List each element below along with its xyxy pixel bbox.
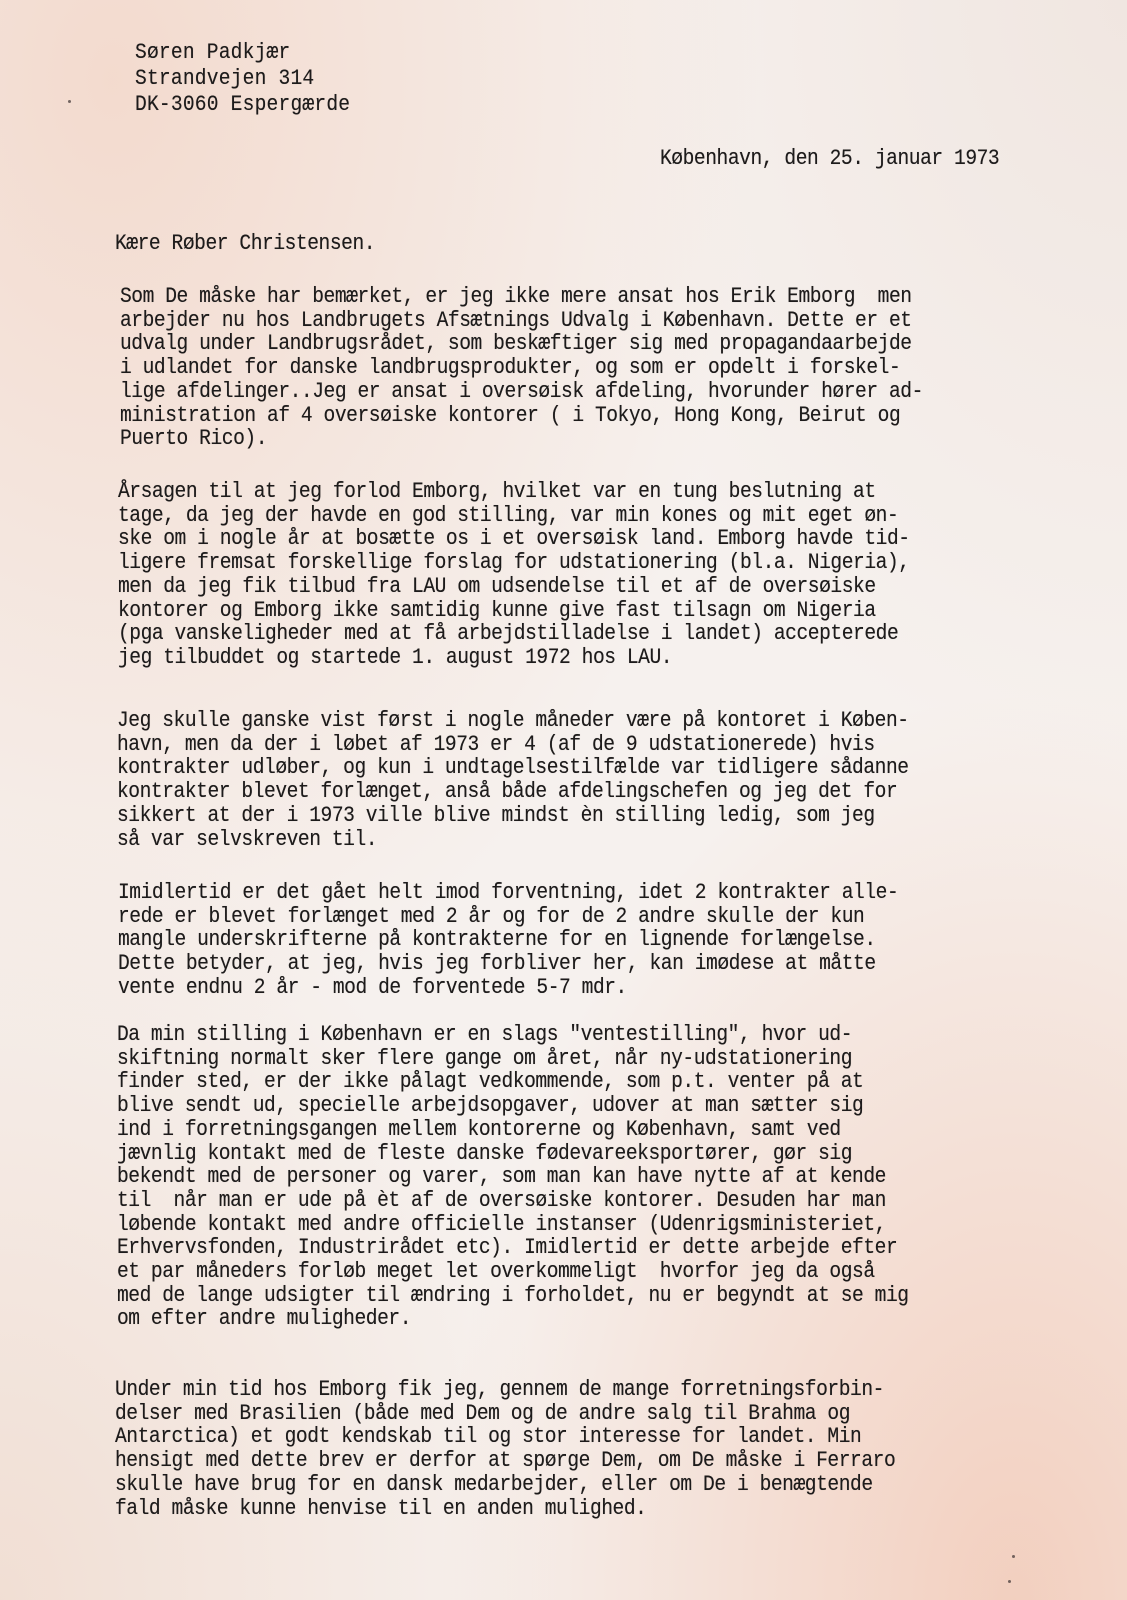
text-line: med de lange udsigter til ændring i forh… bbox=[117, 1283, 909, 1308]
text-line: (pga vanskeligheder med at få arbejdstil… bbox=[118, 621, 898, 646]
text-line: lige afdelinger..Jeg er ansat i oversøis… bbox=[120, 379, 923, 404]
text-line: sikkert at der i 1973 ville blive mindst… bbox=[117, 803, 875, 828]
text-line: Antarctica) et godt kendskab til og stor… bbox=[115, 1424, 861, 1449]
text-line: ind i forretningsgangen mellem kontorern… bbox=[117, 1117, 841, 1142]
text-line: Puerto Rico). bbox=[120, 426, 267, 451]
salutation: Kære Røber Christensen. bbox=[115, 231, 375, 256]
text-line: kontorer og Emborg ikke samtidig kunne g… bbox=[118, 598, 876, 623]
text-line: havn, men da der i løbet af 1973 er 4 (a… bbox=[117, 732, 875, 757]
paper-speck bbox=[1012, 1555, 1015, 1558]
text-line: Under min tid hos Emborg fik jeg, gennem… bbox=[115, 1377, 884, 1402]
sender-street: Strandvejen 314 bbox=[135, 66, 314, 91]
text-line: skiftning normalt sker flere gange om år… bbox=[117, 1046, 852, 1071]
paper-speck bbox=[68, 100, 71, 103]
text-line: jævnlig kontakt med de fleste danske fød… bbox=[117, 1141, 852, 1166]
text-line: kontrakter blevet forlænget, anså både a… bbox=[117, 779, 897, 804]
text-line: Imidlertid er det gået helt imod forvent… bbox=[118, 880, 898, 905]
text-line: men da jeg fik tilbud fra LAU om udsende… bbox=[118, 574, 876, 599]
text-line: tage, da jeg der havde en god stilling, … bbox=[118, 503, 898, 528]
text-line: til når man er ude på èt af de oversøisk… bbox=[117, 1188, 886, 1213]
text-line: ske om i nogle år at bosætte os i et ove… bbox=[118, 526, 910, 551]
text-line: om efter andre muligheder. bbox=[117, 1306, 411, 1331]
text-line: vente endnu 2 år - mod de forventede 5-7… bbox=[118, 975, 627, 1000]
text-line: Jeg skulle ganske vist først i nogle mån… bbox=[117, 708, 909, 733]
sender-name: Søren Padkjær bbox=[135, 40, 290, 65]
dateline: København, den 25. januar 1973 bbox=[660, 146, 999, 171]
text-line: rede er blevet forlænget med 2 år og for… bbox=[118, 904, 864, 929]
text-line: kontrakter udløber, og kun i undtagelses… bbox=[117, 755, 909, 780]
text-line: hensigt med dette brev er derfor at spør… bbox=[115, 1448, 895, 1473]
text-line: Dette betyder, at jeg, hvis jeg forblive… bbox=[118, 951, 876, 976]
letter-page: Søren Padkjær Strandvejen 314 DK-3060 Es… bbox=[0, 0, 1127, 1600]
sender-city: DK-3060 Espergærde bbox=[135, 92, 350, 117]
text-line: løbende kontakt med andre officielle ins… bbox=[117, 1212, 886, 1237]
text-line: skulle have brug for en dansk medarbejde… bbox=[115, 1472, 873, 1497]
paper-speck bbox=[1008, 1580, 1011, 1583]
text-line: Som De måske har bemærket, er jeg ikke m… bbox=[120, 284, 912, 309]
text-line: arbejder nu hos Landbrugets Afsætnings U… bbox=[120, 308, 912, 333]
text-line: delser med Brasilien (både med Dem og de… bbox=[115, 1401, 850, 1426]
text-line: så var selvskreven til. bbox=[117, 827, 377, 852]
show-through-text bbox=[120, 1565, 980, 1600]
text-line: et par måneders forløb meget let overkom… bbox=[117, 1259, 875, 1284]
text-line: fald måske kunne henvise til en anden mu… bbox=[115, 1496, 646, 1521]
text-line: udvalg under Landbrugsrådet, som beskæft… bbox=[120, 331, 912, 356]
text-line: ligere fremsat forskellige forslag for u… bbox=[118, 550, 910, 575]
text-line: finder sted, er der ikke pålagt vedkomme… bbox=[117, 1069, 863, 1094]
text-line: Årsagen til at jeg forlod Emborg, hvilke… bbox=[118, 479, 876, 504]
text-line: Da min stilling i København er en slags … bbox=[117, 1022, 852, 1047]
text-line: ministration af 4 oversøiske kontorer ( … bbox=[120, 403, 900, 428]
text-line: blive sendt ud, specielle arbejdsopgaver… bbox=[117, 1093, 863, 1118]
text-line: jeg tilbuddet og startede 1. august 1972… bbox=[118, 645, 672, 670]
text-line: i udlandet for danske landbrugsprodukter… bbox=[120, 355, 900, 380]
text-line: Erhvervsfonden, Industrirådet etc). Imid… bbox=[117, 1235, 897, 1260]
text-line: mangle underskrifterne på kontrakterne f… bbox=[118, 927, 876, 952]
text-line: bekendt med de personer og varer, som ma… bbox=[117, 1164, 886, 1189]
